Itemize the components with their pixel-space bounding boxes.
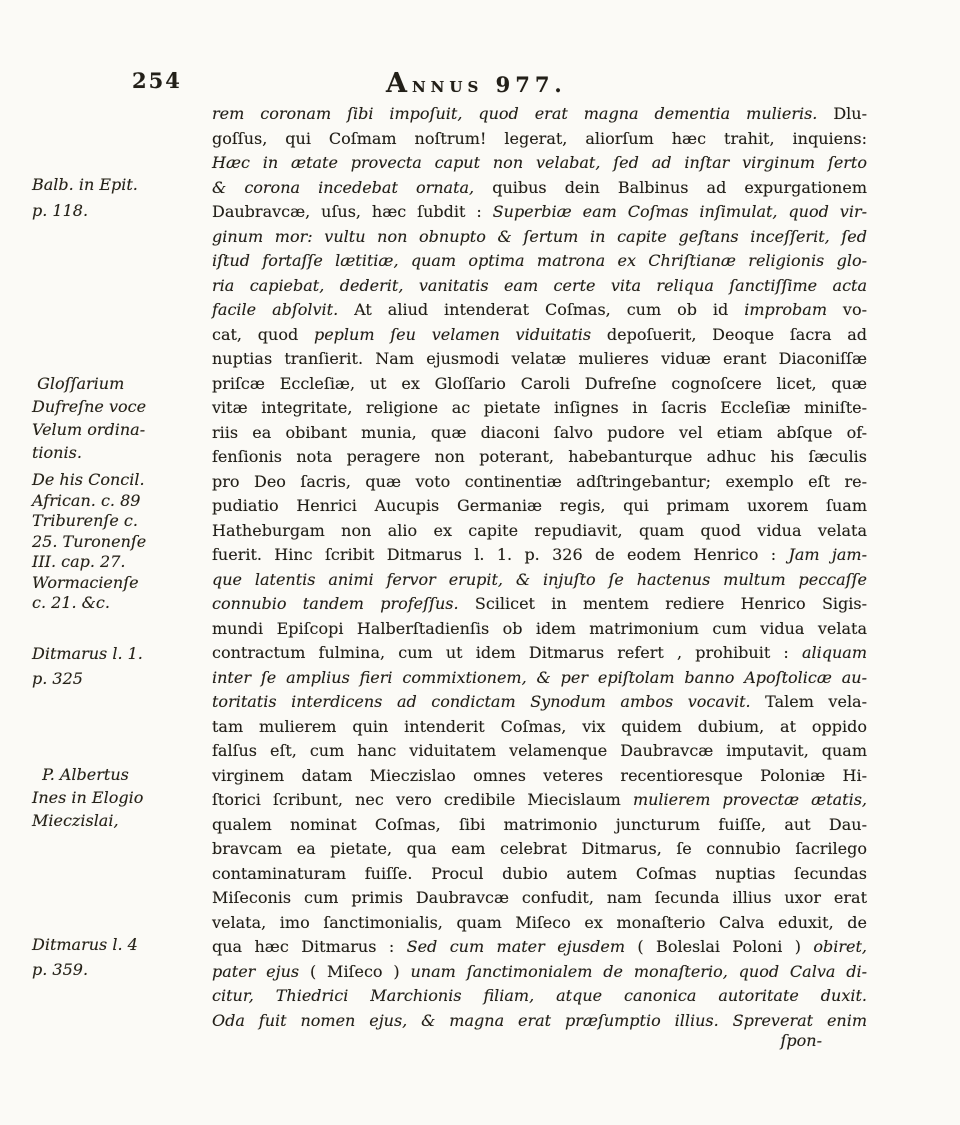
text-segment: velata, imo ſanctimonialis, quam Miſeco … [212, 913, 867, 932]
text-line: ria capiebat, dederit, vanitatis eam cer… [212, 274, 867, 299]
text-line: falſus eſt, cum hanc viduitatem velamenq… [212, 739, 867, 764]
text-segment: mundi Epiſcopi Halberſtadienſis ob idem … [212, 619, 867, 638]
text-segment: aliquam [802, 643, 867, 662]
text-line: goſſus, qui Coſmam noſtrum! legerat, ali… [212, 127, 867, 152]
text-line: facile abſolvit. At aliud intenderat Coſ… [212, 298, 867, 323]
text-segment: bravcam ea pietate, qua eam celebrat Dit… [212, 839, 867, 858]
text-segment: rem coronam ſibi impoſuit, quod erat mag… [212, 104, 817, 123]
text-line: ſtorici ſcribunt, nec vero credibile Mie… [212, 788, 867, 813]
margin-notes-column: Balb. in Epit. p. 118. Gloſſarium Dufreſ… [0, 0, 208, 1125]
text-segment: falſus eſt, cum hanc viduitatem velamenq… [212, 741, 867, 760]
text-line: tam mulierem quin intenderit Coſmas, vix… [212, 715, 867, 740]
text-segment: Miſeconis cum primis Daubravcæ confudit,… [212, 888, 867, 907]
text-line: mundi Epiſcopi Halberſtadienſis ob idem … [212, 617, 867, 642]
text-segment: contaminaturam fuiſſe. Procul dubio aute… [212, 864, 867, 883]
text-line: citur, Thiedrici Marchionis filiam, atqu… [212, 984, 867, 1009]
text-line: fuerit. Hinc ſcribit Ditmarus l. 1. p. 3… [212, 543, 867, 568]
text-line: pro Deo ſacris, quæ voto continentiæ adſ… [212, 470, 867, 495]
text-line: qua hæc Ditmarus : Sed cum mater ejusdem… [212, 935, 867, 960]
text-segment: citur, Thiedrici Marchionis filiam, atqu… [212, 986, 867, 1005]
text-segment: improbam [744, 300, 827, 319]
text-segment: inter ſe amplius fieri commixtionem, & p… [212, 668, 867, 687]
text-segment: mulierem provectæ ætatis, [633, 790, 867, 809]
text-line: Hæc in ætate provecta caput non velabat,… [212, 151, 867, 176]
text-line: iſtud fortaſſe lætitiæ, quam optima matr… [212, 249, 867, 274]
text-segment: vitæ integritate, religione ac pietate i… [212, 398, 867, 417]
text-segment: Hæc in ætate provecta caput non velabat,… [212, 153, 867, 172]
text-line: rem coronam ſibi impoſuit, quod erat mag… [212, 102, 867, 127]
text-line: & corona incedebat ornata, quibus dein B… [212, 176, 867, 201]
margin-note: Ditmarus l. 4 p. 359. [32, 933, 208, 982]
text-segment: Sed cum mater ejusdem [407, 937, 625, 956]
text-line: velata, imo ſanctimonialis, quam Miſeco … [212, 911, 867, 936]
text-line: virginem datam Mieczislao omnes veteres … [212, 764, 867, 789]
text-line: inter ſe amplius fieri commixtionem, & p… [212, 666, 867, 691]
text-segment: cat, quod [212, 325, 314, 344]
text-segment: ria capiebat, dederit, vanitatis eam cer… [212, 276, 867, 295]
text-line: Miſeconis cum primis Daubravcæ confudit,… [212, 886, 867, 911]
text-segment: tam mulierem quin intenderit Coſmas, vix… [212, 717, 867, 736]
text-segment: ( Boleslai Poloni ) [625, 937, 813, 956]
text-segment: priſcæ Eccleſiæ, ut ex Gloſſario Caroli … [212, 374, 867, 393]
text-line: contractum fulmina, cum ut idem Ditmarus… [212, 641, 867, 666]
text-segment: pudiatio Henrici Aucupis Germaniæ regis,… [212, 496, 867, 515]
text-segment: ſtorici ſcribunt, nec vero credibile Mie… [212, 790, 633, 809]
text-segment: pro Deo ſacris, quæ voto continentiæ adſ… [212, 472, 867, 491]
text-line: Daubravcæ, uſus, hæc ſubdit : Superbiæ e… [212, 200, 867, 225]
text-line: cat, quod peplum ſeu velamen viduitatis … [212, 323, 867, 348]
text-segment: riis ea obibant munia, quæ diaconi ſalvo… [212, 423, 867, 442]
text-segment: toritatis interdicens ad condictam Synod… [212, 692, 751, 711]
text-segment: Dlu- [817, 104, 867, 123]
text-segment: Scilicet in mentem rediere Henrico Sigis… [459, 594, 867, 613]
text-segment: vo- [827, 300, 867, 319]
text-line: bravcam ea pietate, qua eam celebrat Dit… [212, 837, 867, 862]
text-segment: connubio tandem profeſſus. [212, 594, 459, 613]
text-segment: Oda fuit nomen ejus, & magna erat præſum… [212, 1011, 719, 1030]
text-line: vitæ integritate, religione ac pietate i… [212, 396, 867, 421]
text-segment: Talem vela- [751, 692, 867, 711]
text-segment [719, 1011, 733, 1030]
margin-note: Ditmarus l. 1. p. 325 [32, 642, 208, 691]
text-line: pudiatio Henrici Aucupis Germaniæ regis,… [212, 494, 867, 519]
text-segment: depoſuerit, Deoque ſacra ad [591, 325, 867, 344]
text-segment: fuerit. Hinc ſcribit Ditmarus l. 1. p. 3… [212, 545, 788, 564]
text-segment: qua hæc Ditmarus : [212, 937, 407, 956]
text-segment: Daubravcæ, uſus, hæc ſubdit : [212, 202, 493, 221]
text-line: ginum mor: vultu non obnupto & ſertum in… [212, 225, 867, 250]
text-segment: At aliud intenderat Coſmas, cum ob id [338, 300, 744, 319]
text-segment: Superbiæ eam Coſmas inſimulat, quod vir- [493, 202, 867, 221]
text-segment: & corona incedebat ornata, [212, 178, 474, 197]
text-segment: goſſus, qui Coſmam noſtrum! legerat, ali… [212, 129, 867, 148]
text-segment: ginum mor: vultu non obnupto & ſertum in… [212, 227, 867, 246]
text-line: Hatheburgam non alio ex capite repudiavi… [212, 519, 867, 544]
text-segment: Jam jam- [788, 545, 867, 564]
text-line: fenſionis nota peragere non poterant, ha… [212, 445, 867, 470]
text-segment: que latentis animi fervor erupit, & inju… [212, 570, 867, 589]
text-line: nuptias tranſierit. Nam ejusmodi velatæ … [212, 347, 867, 372]
book-page: 254 Annus 977. Balb. in Epit. p. 118. Gl… [0, 0, 960, 1125]
text-segment: ( Miſeco ) [299, 962, 410, 981]
text-line: que latentis animi fervor erupit, & inju… [212, 568, 867, 593]
text-line: qualem nominat Coſmas, ſibi matrimonio j… [212, 813, 867, 838]
margin-note: De his Concil. African. c. 89 Triburenſe… [32, 470, 208, 614]
text-segment: virginem datam Mieczislao omnes veteres … [212, 766, 867, 785]
text-line: toritatis interdicens ad condictam Synod… [212, 690, 867, 715]
text-segment: fenſionis nota peragere non poterant, ha… [212, 447, 867, 466]
text-segment: contractum fulmina, cum ut idem Ditmarus… [212, 643, 802, 662]
margin-note: P. Albertus Ines in Elogio Mieczislai, [32, 763, 208, 832]
body-text-column: rem coronam ſibi impoſuit, quod erat mag… [212, 102, 867, 1033]
text-line: riis ea obibant munia, quæ diaconi ſalvo… [212, 421, 867, 446]
text-segment: iſtud fortaſſe lætitiæ, quam optima matr… [212, 251, 867, 270]
margin-note: Balb. in Epit. p. 118. [32, 172, 208, 224]
text-line: connubio tandem profeſſus. Scilicet in m… [212, 592, 867, 617]
text-line: contaminaturam fuiſſe. Procul dubio aute… [212, 862, 867, 887]
text-segment: facile abſolvit. [212, 300, 338, 319]
text-segment: pater ejus [212, 962, 299, 981]
text-segment: quibus dein Balbinus ad expurgationem [474, 178, 867, 197]
catchword: ſpon- [212, 1031, 822, 1050]
text-line: pater ejus ( Miſeco ) unam ſanctimoniale… [212, 960, 867, 985]
text-segment: obiret, [813, 937, 867, 956]
text-segment: peplum ſeu velamen viduitatis [314, 325, 591, 344]
text-segment: Hatheburgam non alio ex capite repudiavi… [212, 521, 867, 540]
margin-note: Gloſſarium Dufreſne voce Velum ordina- t… [32, 372, 208, 464]
text-segment: unam ſanctimonialem de monaſterio, quod … [410, 962, 867, 981]
text-segment: nuptias tranſierit. Nam ejusmodi velatæ … [212, 349, 867, 368]
page-header-title: Annus 977. [386, 68, 567, 99]
text-line: priſcæ Eccleſiæ, ut ex Gloſſario Caroli … [212, 372, 867, 397]
text-segment: Spreverat enim [733, 1011, 867, 1030]
text-line: Oda fuit nomen ejus, & magna erat præſum… [212, 1009, 867, 1034]
text-segment: qualem nominat Coſmas, ſibi matrimonio j… [212, 815, 867, 834]
